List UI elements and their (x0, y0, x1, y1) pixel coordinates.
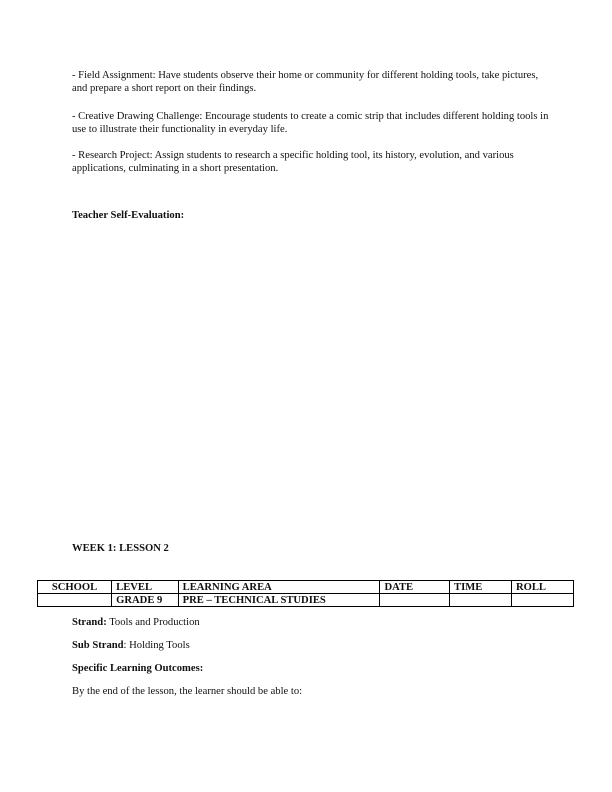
teacher-self-evaluation-heading: Teacher Self-Evaluation: (72, 209, 184, 222)
activity-creative-drawing: - Creative Drawing Challenge: Encourage … (72, 110, 552, 136)
cell-learning-area: PRE – TECHNICAL STUDIES (178, 594, 380, 607)
cell-level: GRADE 9 (112, 594, 179, 607)
cell-school (38, 594, 112, 607)
outcomes-intro-text: By the end of the lesson, the learner sh… (72, 685, 302, 698)
cell-roll (511, 594, 573, 607)
header-level: LEVEL (112, 581, 179, 594)
cell-time (450, 594, 512, 607)
sub-strand-label: Sub Strand (72, 640, 124, 651)
sub-strand-line: Sub Strand: Holding Tools (72, 639, 190, 652)
header-roll: ROLL (511, 581, 573, 594)
table-row: GRADE 9 PRE – TECHNICAL STUDIES (38, 594, 574, 607)
cell-date (380, 594, 450, 607)
header-school: SCHOOL (38, 581, 112, 594)
header-date: DATE (380, 581, 450, 594)
header-learning-area: LEARNING AREA (178, 581, 380, 594)
strand-line: Strand: Tools and Production (72, 616, 200, 629)
table-header-row: SCHOOL LEVEL LEARNING AREA DATE TIME ROL… (38, 581, 574, 594)
strand-label: Strand: (72, 617, 107, 628)
lesson-info-table: SCHOOL LEVEL LEARNING AREA DATE TIME ROL… (37, 580, 574, 607)
activity-research-project: - Research Project: Assign students to r… (72, 149, 552, 175)
header-time: TIME (450, 581, 512, 594)
week-lesson-heading: WEEK 1: LESSON 2 (72, 542, 169, 555)
sub-strand-value: : Holding Tools (124, 640, 190, 651)
activity-field-assignment: - Field Assignment: Have students observ… (72, 69, 552, 95)
strand-value: Tools and Production (107, 617, 200, 628)
specific-learning-outcomes-heading: Specific Learning Outcomes: (72, 662, 203, 675)
